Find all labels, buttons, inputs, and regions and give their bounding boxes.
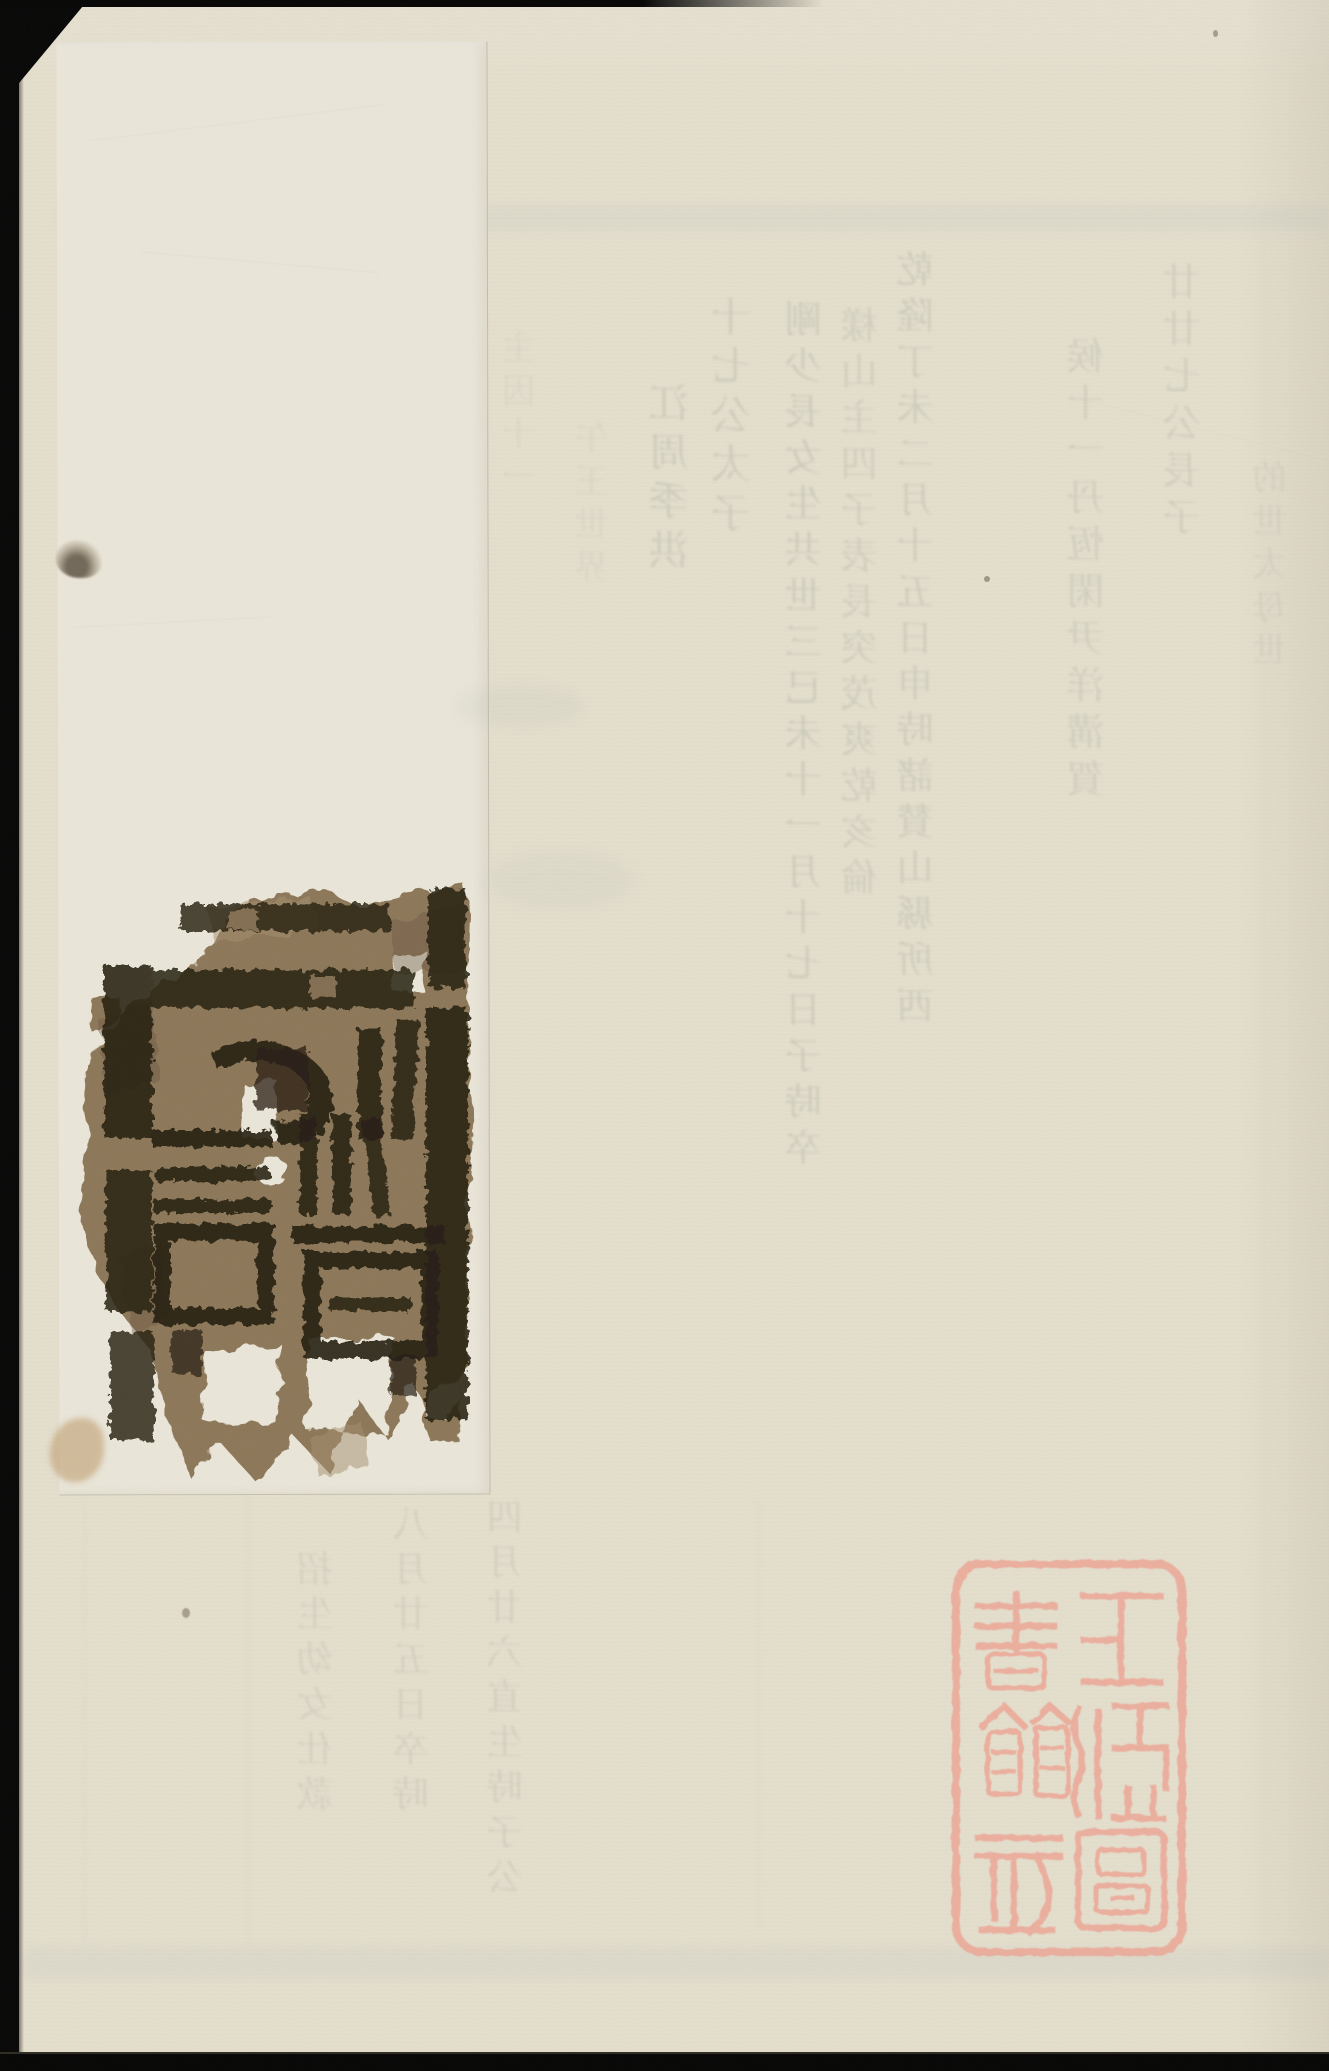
bleed-through-column: 八月廿五日卒時 [396, 1505, 432, 1820]
scan-edge-bottom [0, 2052, 1329, 2071]
bleed-through-column: 候十一丹恆閑尹洋溝賀 [1070, 336, 1108, 806]
bleed-through-column: 乾隆丁未二月十五日申時諸賛山縣所西 [900, 250, 937, 1032]
speck [1213, 30, 1218, 37]
speck [984, 576, 990, 582]
seal-char-tu [1078, 1832, 1164, 1928]
bleed-through-column: 樣山主四子表長突茂爽乾亥倫 [844, 306, 881, 904]
seal-char-hai [1074, 1706, 1166, 1818]
smudge [455, 685, 585, 727]
bleed-through-column: 剛少長女生共世三已未十一月十七日子時卒 [788, 300, 825, 1174]
bleed-through-column: 四月廿六直生時子公 [490, 1498, 526, 1903]
speck [182, 1608, 190, 1618]
seal-char-shang [1084, 1596, 1160, 1682]
seal-char-cang [978, 1838, 1060, 1932]
bleed-through-column: 午王世界 [578, 420, 612, 592]
bleed-through-column: 的世太母世 [1256, 460, 1290, 675]
bleed-through-column: 主因十一 [505, 330, 539, 502]
ink-blot-stain [56, 540, 102, 578]
scan-edge-top [0, 0, 824, 7]
library-seal: 上海圖書館藏 [948, 1556, 1190, 1960]
seal-char-shu [978, 1594, 1054, 1688]
page-edge-shadow [19, 0, 24, 2071]
bleed-through-column: 十七公太子 [714, 296, 754, 541]
bleed-through-column: 廿廿七公長子 [1166, 262, 1204, 544]
scan-edge-left [0, 0, 19, 2071]
scanned-book-page: 江周季洪十七公太子剛少長女生共世三已未十一月十七日子時卒樣山主四子表長突茂爽乾亥… [0, 0, 1329, 2071]
smudge [485, 850, 635, 910]
bleed-through-column: 江周季洪 [652, 382, 692, 578]
seal-char-guan [982, 1706, 1068, 1796]
bleed-through-column: 招生幼女仕款 [300, 1550, 336, 1820]
title-label: 譜 [60, 880, 476, 1505]
